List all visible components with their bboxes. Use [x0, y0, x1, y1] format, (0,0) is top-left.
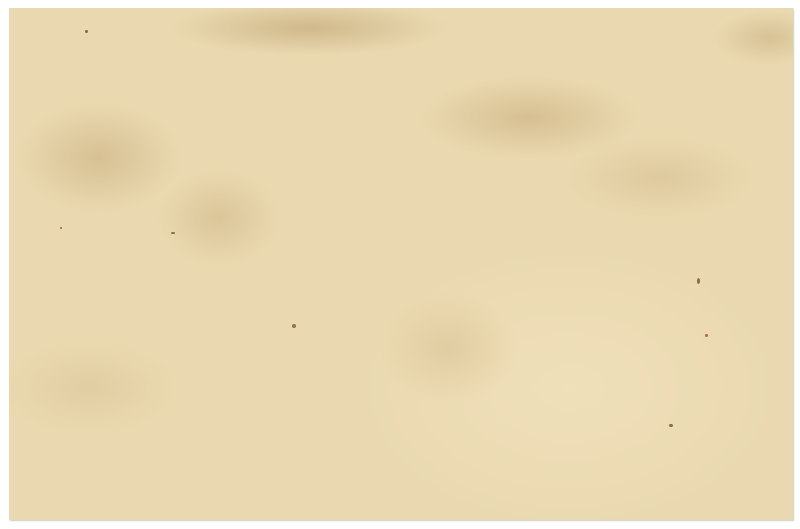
paper-speck: [705, 334, 708, 337]
paper-speck: [85, 30, 88, 33]
paper-speck: [60, 227, 62, 229]
paper-speck: [171, 232, 175, 234]
aged-paper-card: [9, 8, 793, 520]
paper-speck: [697, 278, 700, 284]
paper-speck: [669, 424, 673, 427]
paper-speck: [292, 324, 296, 328]
